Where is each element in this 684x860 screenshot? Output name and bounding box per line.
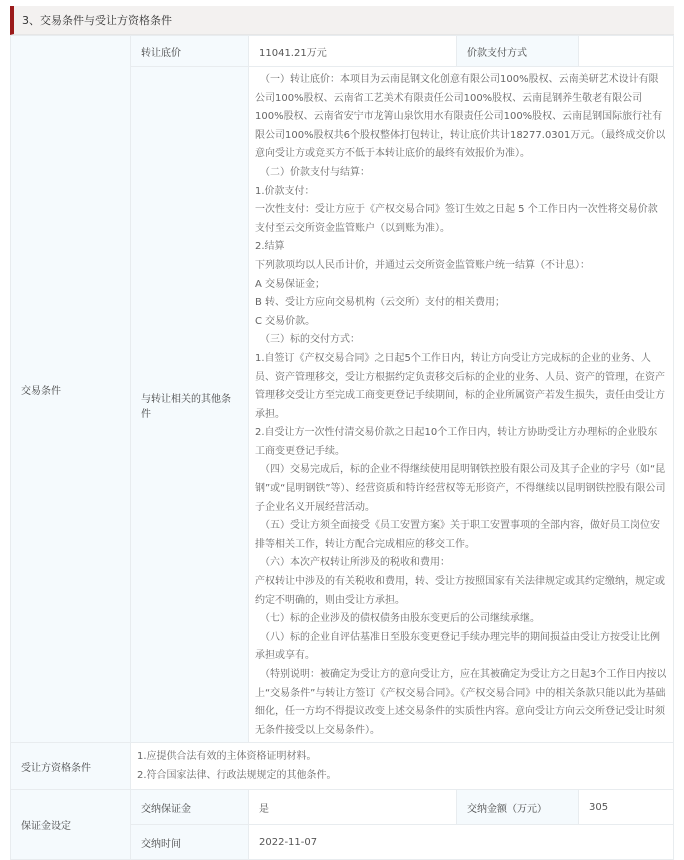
other-conditions-label: 与转让相关的其他条件	[131, 67, 249, 743]
conditions-table: 交易条件 转让底价 11041.21万元 价款支付方式 与转让相关的其他条件 （…	[10, 35, 674, 846]
section-title: 3、交易条件与受让方资格条件	[22, 12, 172, 28]
pay-deposit-label: 交纳保证金	[131, 790, 249, 825]
condition-line: （一）转让底价：本项目为云南昆钢文化创意有限公司100%股权、云南美研艺术设计有…	[255, 71, 667, 164]
condition-line: B 转、受让方应向交易机构（云交所）支付的相关费用；	[255, 294, 667, 313]
transferee-qualifications-content: 1.应提供合法有效的主体资格证明材料。 2.符合国家法律、行政法规规定的其他条件…	[131, 743, 674, 790]
condition-line: 1.自签订《产权交易合同》之日起5个工作日内，转让方向受让方完成标的企业的业务、…	[255, 350, 667, 424]
section-header: 3、交易条件与受让方资格条件	[10, 6, 674, 35]
condition-line: 2.结算	[255, 238, 667, 257]
condition-line: （五）受让方须全面接受《员工安置方案》关于职工安置事项的全部内容，做好员工岗位安…	[255, 517, 667, 554]
condition-line: （四）交易完成后，标的企业不得继续使用昆明钢铁控股有限公司及其子企业的字号（如“…	[255, 461, 667, 517]
condition-line: （七）标的企业涉及的债权债务由股东变更后的公司继续承继。	[255, 610, 667, 629]
payment-method-label: 价款支付方式	[457, 36, 579, 67]
condition-line: 下列款项均以人民币计价，并通过云交所资金监管账户统一结算（不计息）：	[255, 257, 667, 276]
pay-time-value: 2022-11-07	[249, 825, 674, 846]
other-conditions-content: （一）转让底价：本项目为云南昆钢文化创意有限公司100%股权、云南美研艺术设计有…	[249, 67, 674, 743]
condition-line: （二）价款支付与结算：	[255, 164, 667, 183]
deposit-amount-value: 305	[579, 790, 674, 825]
condition-line: C 交易价款。	[255, 313, 667, 332]
qualification-line: 1.应提供合法有效的主体资格证明材料。	[137, 747, 667, 766]
condition-line: 2.自受让方一次性付清交易价款之日起10个工作日内，转让方协助受让方办理标的企业…	[255, 424, 667, 461]
pay-time-label: 交纳时间	[131, 825, 249, 846]
deposit-amount-label: 交纳金额（万元）	[457, 790, 579, 825]
base-price-label: 转让底价	[131, 36, 249, 67]
transaction-section: 3、交易条件与受让方资格条件 交易条件 转让底价 11041.21万元 价款支付…	[10, 6, 674, 846]
deposit-row: 保证金设定 交纳保证金 是 交纳金额（万元） 305	[11, 790, 674, 825]
transferee-qualifications-label: 受让方资格条件	[11, 743, 131, 790]
condition-line: （特别说明：被确定为受让方的意向受让方，应在其被确定为受让方之日起3个工作日内按…	[255, 666, 667, 740]
condition-line: 一次性支付：受让方应于《产权交易合同》签订生效之日起 5 个工作日内一次性将交易…	[255, 201, 667, 238]
qualification-line: 2.符合国家法律、行政法规规定的其他条件。	[137, 766, 667, 785]
transaction-conditions-label: 交易条件	[11, 36, 131, 743]
base-price-row: 交易条件 转让底价 11041.21万元 价款支付方式	[11, 36, 674, 67]
condition-line: （六）本次产权转让所涉及的税收和费用：	[255, 554, 667, 573]
transferee-qualifications-row: 受让方资格条件 1.应提供合法有效的主体资格证明材料。 2.符合国家法律、行政法…	[11, 743, 674, 790]
deposit-label: 保证金设定	[11, 790, 131, 846]
payment-method-value	[579, 36, 674, 67]
condition-line: A 交易保证金；	[255, 276, 667, 295]
condition-line: （八）标的企业自评估基准日至股东变更登记手续办理完毕的期间损益由受让方按受让比例…	[255, 629, 667, 666]
condition-line: （三）标的交付方式：	[255, 331, 667, 350]
base-price-value: 11041.21万元	[249, 36, 457, 67]
condition-line: 产权转让中涉及的有关税收和费用，转、受让方按照国家有关法律规定或其约定缴纳，规定…	[255, 573, 667, 610]
condition-line: 1.价款支付：	[255, 183, 667, 202]
pay-deposit-value: 是	[249, 790, 457, 825]
